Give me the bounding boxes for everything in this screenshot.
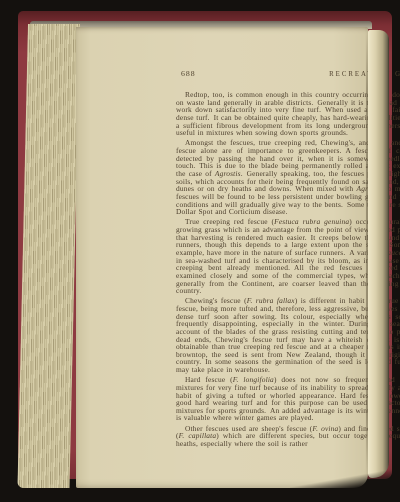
- book-photo: 688 RECREATION GROUNDS Redtop, too, is c…: [0, 0, 400, 502]
- corner-shadow: [290, 466, 400, 502]
- running-title: RECREATION GROUNDS: [329, 71, 400, 78]
- page-edges-left: [17, 24, 80, 488]
- page-curl-edge: [368, 30, 389, 478]
- book-page: 688 RECREATION GROUNDS Redtop, too, is c…: [76, 27, 368, 488]
- page-number: 688: [176, 69, 196, 78]
